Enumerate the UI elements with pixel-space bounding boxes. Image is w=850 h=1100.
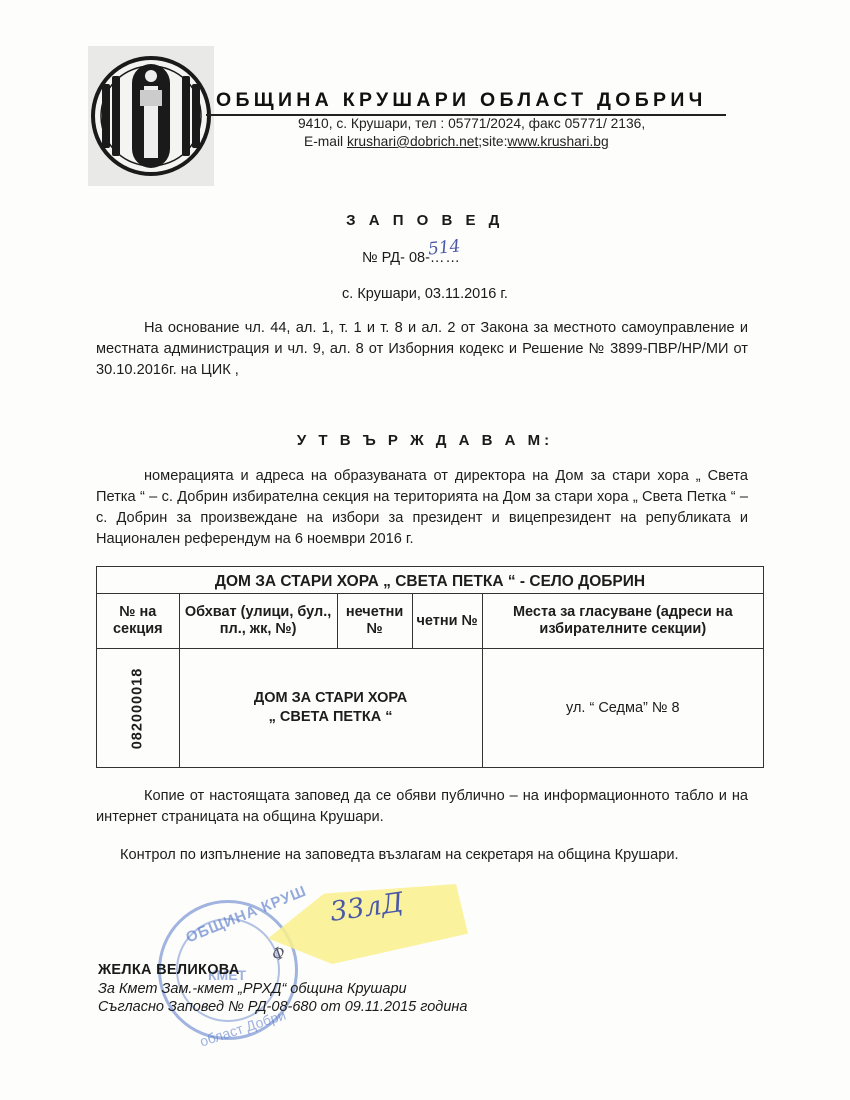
handwritten-number: 514 [427, 236, 461, 259]
approve-heading: У Т В Ъ Р Ж Д А В А М: [0, 432, 850, 449]
organization-name: ОБЩИНА КРУШАРИ ОБЛАСТ ДОБРИЧ [216, 89, 707, 112]
table-caption: ДОМ ЗА СТАРИ ХОРА „ СВЕТА ПЕТКА “ - СЕЛО… [97, 567, 764, 594]
legal-basis-text: На основание чл. 44, ал. 1, т. 1 и т. 8 … [96, 320, 748, 378]
header-odd: нечетни № [337, 594, 412, 649]
header-location: Места за гласуване (адреси на избирателн… [482, 594, 763, 649]
approval-text: номерацията и адреса на образуваната от … [96, 468, 748, 547]
polling-sections-table: ДОМ ЗА СТАРИ ХОРА „ СВЕТА ПЕТКА “ - СЕЛО… [96, 566, 764, 768]
header-coverage: Обхват (улици, бул., пл., жк, №) [179, 594, 337, 649]
signer-basis: Съгласно Заповед № РД-08-680 от 09.11.20… [98, 999, 467, 1015]
site-label: ;site: [478, 134, 507, 149]
table-row: 082000018 ДОМ ЗА СТАРИ ХОРА „ СВЕТА ПЕТК… [97, 649, 764, 768]
organization-address: 9410, с. Крушари, тел : 05771/2024, факс… [298, 116, 645, 131]
header-section-no: № на секция [97, 594, 180, 649]
section-number: 082000018 [128, 667, 147, 749]
publication-paragraph: Копие от настоящата заповед да се обяви … [96, 786, 748, 828]
site-link[interactable]: www.krushari.bg [507, 134, 608, 149]
signer-role: За Кмет Зам.-кмет „РРХД“ община Крушари [98, 981, 407, 997]
header-even: четни № [412, 594, 482, 649]
place-and-date: с. Крушари, 03.11.2016 г. [0, 286, 850, 302]
municipality-logo [88, 46, 214, 186]
emblem-icon [88, 46, 214, 186]
number-prefix: № РД- 08- [362, 250, 430, 266]
email-link[interactable]: krushari@dobrich.net [347, 134, 478, 149]
table-header-row: № на секция Обхват (улици, бул., пл., жк… [97, 594, 764, 649]
approval-paragraph: номерацията и адреса на образуваната от … [96, 466, 748, 550]
organization-contact: E-mail krushari@dobrich.net;site:www.kru… [304, 134, 609, 149]
document-title: З А П О В Е Д [0, 212, 850, 229]
publication-text: Копие от настоящата заповед да се обяви … [96, 788, 748, 825]
cell-location: ул. “ Седма” № 8 [482, 649, 763, 768]
control-paragraph: Контрол по изпълнение на заповедта възла… [96, 845, 748, 866]
cell-coverage: ДОМ ЗА СТАРИ ХОРА „ СВЕТА ПЕТКА “ [179, 649, 482, 768]
cell-section-no: 082000018 [97, 649, 180, 768]
legal-basis-paragraph: На основание чл. 44, ал. 1, т. 1 и т. 8 … [96, 318, 748, 381]
email-label: E-mail [304, 134, 347, 149]
coverage-line-2: „ СВЕТА ПЕТКА “ [180, 708, 482, 727]
control-text: Контрол по изпълнение на заповедта възла… [120, 847, 679, 863]
signer-name: ЖЕЛКА ВЕЛИКОВА [98, 962, 240, 978]
coverage-line-1: ДОМ ЗА СТАРИ ХОРА [180, 689, 482, 708]
